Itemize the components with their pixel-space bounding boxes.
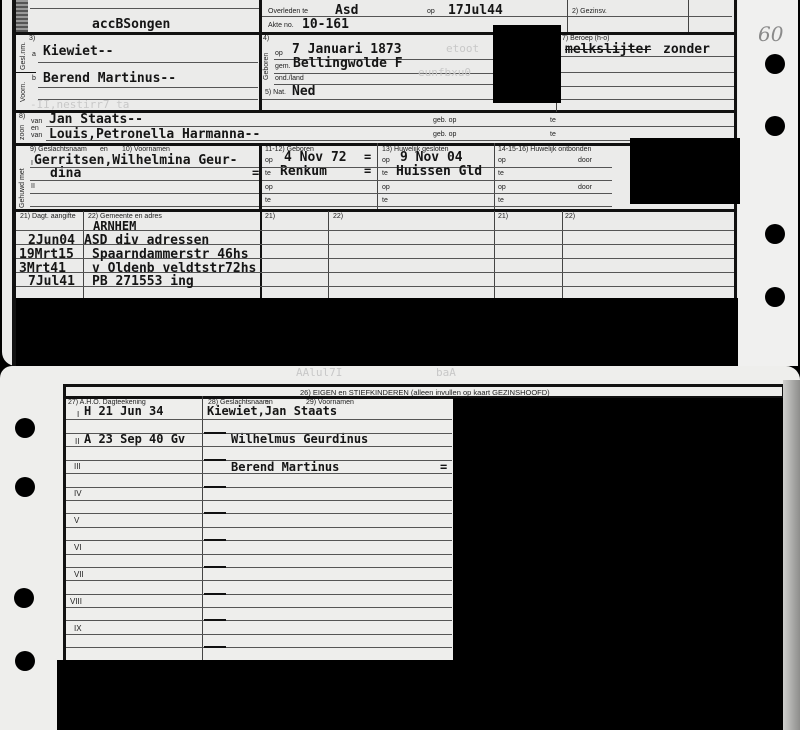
ontbonden-te-label: te (498, 170, 504, 177)
given-names: Berend Martinus-- (43, 71, 176, 86)
child-row-name: Berend Martinus (231, 460, 339, 474)
child-row-roman: IV (74, 489, 82, 498)
voorn-vertical-label: Voorn. (20, 82, 27, 102)
child-line (66, 567, 452, 568)
given-names-line (38, 87, 258, 88)
spouse-line3 (30, 193, 260, 194)
surname-line (38, 62, 258, 63)
child-row-name: Wilhelmus Geurdinus (231, 432, 368, 446)
father-te-label: te (550, 117, 556, 124)
addr-col22c-label: 22) (565, 213, 575, 220)
child-row-roman: II (75, 437, 79, 446)
overleden-op-label: op (427, 8, 435, 15)
geslnm-divider (16, 72, 36, 73)
header-divider-gezinsv (567, 0, 568, 32)
child-line (66, 473, 452, 474)
header-mid-rule (30, 8, 260, 9)
child-line (66, 607, 452, 608)
child-line (66, 460, 452, 461)
ontbonden-te-label-2: te (498, 197, 504, 204)
overleden-place: Asd (335, 3, 358, 18)
child-line (66, 446, 452, 447)
father-geb-op-label: geb. op (433, 117, 456, 124)
parents-section-num: 8) (19, 113, 25, 120)
addr-col22b-label: 22) (333, 213, 343, 220)
child-row-roman: VII (74, 570, 84, 579)
addr-row-4-address: PB 271553 ing (92, 274, 194, 289)
father-name: Jan Staats-- (49, 112, 143, 127)
punch-hole (765, 116, 785, 136)
spouse-bottom-rule (16, 209, 736, 212)
gem-label: gem. (275, 63, 291, 70)
zoon-vertical-label: zoon (19, 125, 26, 140)
bleed-through-text: etoot (446, 42, 479, 55)
addr-row-4-date: 7Jul41 (28, 274, 75, 289)
child-line (66, 554, 452, 555)
akte-label: Akte no. (268, 22, 294, 29)
spouse-mid-line3 (262, 193, 612, 194)
bleed-through-text: AAlul7I (296, 366, 342, 379)
child-dash (204, 566, 226, 568)
beroep-line2 (558, 72, 734, 73)
addr-col21b-label: 21) (265, 213, 275, 220)
addr-row-1-date: 2Jun04 (28, 233, 75, 248)
card-back-right-edge (783, 380, 800, 730)
child-dash (204, 432, 226, 434)
spouse-birth-te-label: te (265, 170, 271, 177)
child-row-roman: III (74, 462, 81, 471)
spouse-birth-date: 4 Nov 72 (284, 150, 347, 165)
ontbonden-door-label: door (578, 157, 592, 164)
spouse-mid-line2 (262, 180, 612, 181)
gezinsv-label: 2) Gezinsv. (572, 8, 607, 15)
surname: Kiewiet-- (43, 44, 113, 59)
child-line (66, 419, 452, 420)
card-front-right-margin (738, 0, 798, 366)
punch-hole (765, 54, 785, 74)
spouse-birth-op-label-2: op (265, 184, 273, 191)
bleed-through-text: -II,nestirr7 ta (30, 98, 129, 111)
child-line (66, 540, 452, 541)
redaction-block (16, 298, 738, 366)
marriage-op-label: op (382, 157, 390, 164)
child-line (66, 620, 452, 621)
birth-date: 7 Januari 1873 (292, 42, 402, 57)
header-divider (259, 0, 262, 112)
ontbonden-door-label-2: door (578, 184, 592, 191)
child-row-roman: I (77, 410, 79, 419)
child-row-date: H 21 Jun 34 (84, 404, 163, 418)
child-line (66, 500, 452, 501)
spouse-mid-line4 (262, 206, 612, 207)
beroep-line1 (558, 56, 734, 57)
spouse-line2 (30, 180, 260, 181)
geboren-vertical-label: Geboren (263, 53, 270, 80)
child-row-date: A 23 Sep 40 Gv (84, 432, 185, 446)
punch-hole (765, 287, 785, 307)
punch-hole (15, 477, 35, 497)
redaction-block (453, 398, 783, 730)
child-row-roman: IX (74, 624, 82, 633)
spouse-birth-date-ditto: = (364, 150, 371, 164)
beroep-line4 (558, 99, 734, 100)
marriage-place: Huissen Gld (396, 164, 482, 179)
child-row-roman: VIII (70, 597, 82, 606)
spouse-line4 (30, 206, 260, 207)
addr-row-1-address: ASD div adressen (84, 233, 209, 248)
b-label: b (32, 75, 36, 82)
header-bottom-rule (16, 32, 736, 35)
child-line (66, 594, 452, 595)
spouse-divider-1 (259, 143, 262, 211)
van-label-2: van (31, 132, 42, 139)
child-dash (204, 593, 226, 595)
spouse-line1 (30, 167, 260, 168)
back-top-rule (63, 384, 785, 387)
geslachtsnaam-label: 9) Geslachtsnaam (30, 146, 87, 153)
bleed-through-text: eunfbxu0 (418, 66, 471, 79)
beroep-struck: melkslijter (565, 42, 651, 57)
child-row-ditto: = (440, 460, 447, 474)
header-divider-right (688, 0, 689, 32)
child-line (66, 580, 452, 581)
child-row-roman: VI (74, 543, 82, 552)
punch-hole (765, 224, 785, 244)
child-line (66, 487, 452, 488)
child-row-name: Kiewiet,Jan Staats (207, 404, 337, 418)
ontbonden-label: 14-15-16) Huwelijk ontbonden (498, 146, 591, 153)
name-code: accBSongen (92, 17, 170, 32)
back-left-border (63, 384, 66, 660)
birth-municipality: Bellingwolde F (293, 56, 403, 71)
addr-col21c-label: 21) (498, 213, 508, 220)
nat-line (262, 99, 532, 100)
child-dash (204, 619, 226, 621)
marriage-te-label-2: te (382, 197, 388, 204)
nationality: Ned (292, 84, 315, 99)
child-row-roman: V (74, 516, 79, 525)
gehuwd-vertical-label: Gehuwd met (19, 168, 26, 208)
nat-label: 5) Nat. (265, 89, 286, 96)
ontbonden-op-label-2: op (498, 184, 506, 191)
ondland-label: ond./land (275, 75, 304, 82)
margin-note: 60 (758, 22, 783, 46)
punch-hole (15, 651, 35, 671)
child-line (66, 433, 452, 434)
en-label: en (31, 125, 39, 132)
geslnm-vertical-label: Gesl.nm. (20, 42, 27, 70)
person-section-num: 3) (29, 35, 35, 42)
spouse-roman-1: I (31, 160, 33, 167)
birth-op-label: op (275, 50, 283, 57)
marriage-te-label: te (382, 170, 388, 177)
redaction-block (493, 25, 561, 103)
spouse-birth-te-label-2: te (265, 197, 271, 204)
barcode-strip (16, 0, 28, 32)
child-dash (204, 646, 226, 648)
overleden-label: Overleden te (268, 8, 308, 15)
spouse-roman-2: II (31, 183, 35, 190)
mother-te-label: te (550, 131, 556, 138)
redaction-block (57, 660, 457, 730)
addr-col21-label: 21) Dagt. aangifte (20, 213, 76, 220)
child-dash (204, 539, 226, 541)
punch-hole (14, 588, 34, 608)
addr-row-0-address: ARNHEM (93, 219, 136, 233)
beroep-line3 (558, 86, 734, 87)
addr-row-2-address: Spaarndammerstr 46hs (92, 247, 249, 262)
spouse-name-line2: dina (50, 166, 81, 181)
spouse-en-label: en (100, 146, 108, 153)
voornamen-label: 10) Voornamen (122, 146, 170, 153)
child-line (66, 513, 452, 514)
ontbonden-op-label: op (498, 157, 506, 164)
spouse-divider-3 (494, 143, 495, 211)
addr-row-2-date: 19Mrt15 (19, 247, 74, 262)
bleed-through-text: baA (436, 366, 456, 379)
overleden-date: 17Jul44 (448, 3, 503, 18)
child-dash (204, 459, 226, 461)
van-label: van (31, 118, 42, 125)
birth-section-num: 4) (263, 35, 269, 42)
child-dash (204, 486, 226, 488)
marriage-op-label-2: op (382, 184, 390, 191)
redaction-block (630, 138, 740, 204)
child-dash (204, 512, 226, 514)
punch-hole (15, 418, 35, 438)
father-line (46, 126, 734, 127)
spouse-birth-op-label: op (265, 157, 273, 164)
beroep-label: 7) Beroep (h-o) (562, 35, 609, 42)
child-line (66, 634, 452, 635)
akte-number: 10-161 (302, 17, 349, 32)
mother-geb-op-label: geb. op (433, 131, 456, 138)
beroep-value: zonder (663, 42, 710, 57)
child-line (66, 647, 452, 648)
a-label: a (32, 51, 36, 58)
spouse-divider-2 (377, 143, 378, 211)
child-line (66, 527, 452, 528)
marriage-date: 9 Nov 04 (400, 150, 463, 165)
